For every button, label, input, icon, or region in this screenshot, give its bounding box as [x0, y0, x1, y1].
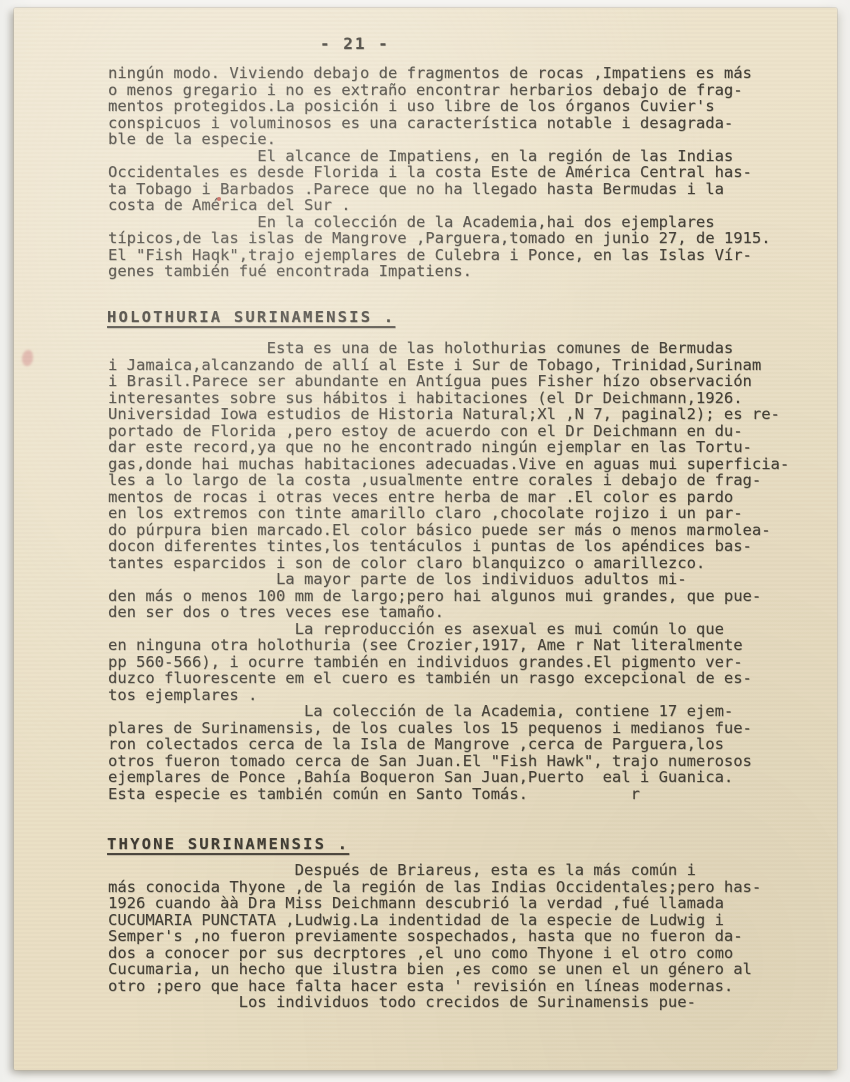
scan-background: - 21 - ningún modo. Viviendo debajo de f…	[0, 0, 850, 1082]
paragraph-thyone-surinamensis: Después de Briareus, esta es la más comú…	[108, 862, 761, 1011]
section-heading-thyone-surinamensis: THYONE SURINAMENSIS .	[107, 835, 349, 853]
document-page: - 21 - ningún modo. Viviendo debajo de f…	[14, 8, 837, 1070]
page-number: - 21 -	[320, 34, 390, 53]
section-heading-holothuria-surinamensis: HOLOTHURIA SURINAMENSIS .	[107, 308, 395, 326]
pink-margin-smudge	[22, 350, 33, 366]
paragraph-holothuria-surinamensis: Esta es una de las holothurias comunes d…	[108, 340, 789, 802]
paragraph-impatiens: ningún modo. Viviendo debajo de fragment…	[108, 65, 771, 280]
red-ink-speck	[217, 197, 221, 201]
